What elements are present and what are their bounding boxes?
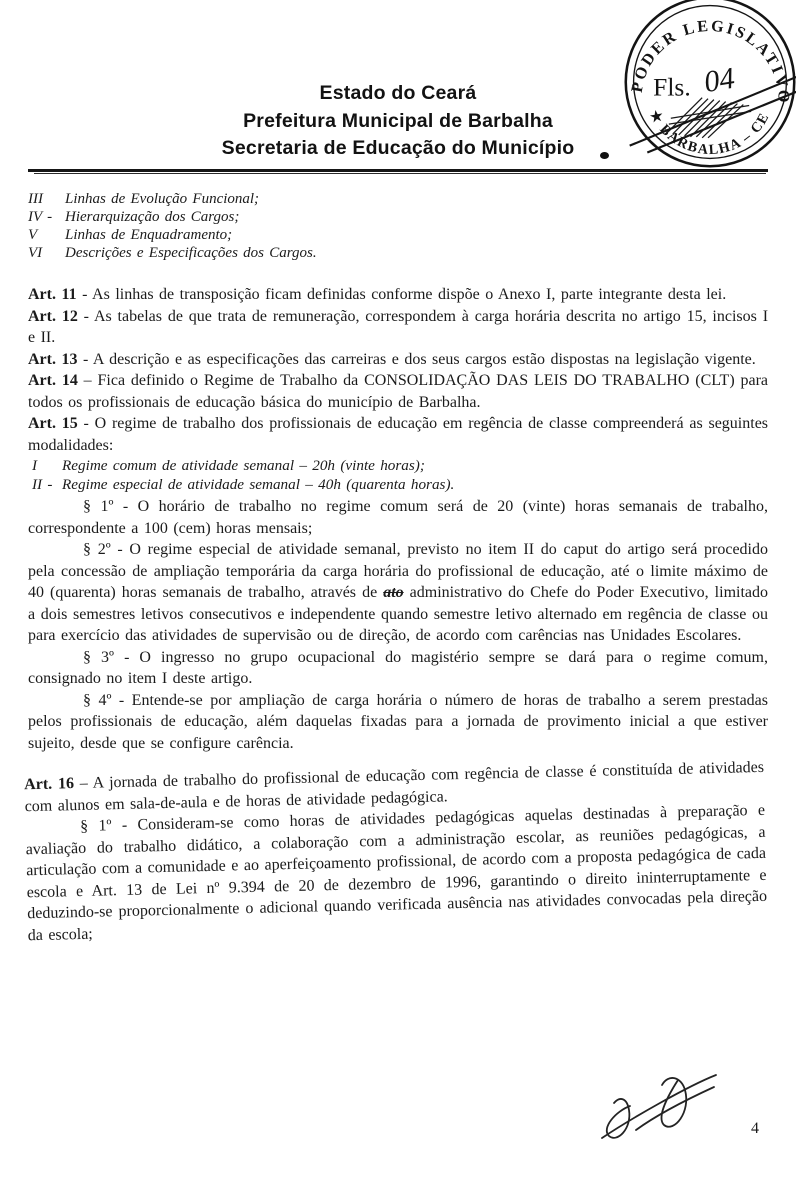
paragraph-1: § 1º - O horário de trabalho no regime c… <box>28 496 768 539</box>
list-item-text: Hierarquização dos Cargos; <box>65 209 239 225</box>
list-item: VLinhas de Enquadramento; <box>28 226 768 244</box>
paragraph-4-text: - Entende-se por ampliação de carga horá… <box>28 692 768 752</box>
article-12-text: - As tabelas de que trata de remuneração… <box>28 308 768 347</box>
article-16-paragraph-1-text: - Consideram-se como horas de atividades… <box>26 802 768 944</box>
article-16-paragraph-1: § 1º - Consideram-se como horas de ativi… <box>25 800 768 946</box>
article-11: Art. 11 - As linhas de transposição fica… <box>28 284 768 306</box>
article-11-label: Art. 11 <box>28 286 77 303</box>
signature-scribble <box>596 1068 722 1148</box>
paragraph-2-label: § 2º <box>83 541 111 558</box>
article-11-text: - As linhas de transposição ficam defini… <box>82 286 726 303</box>
paragraph-3-label: § 3º <box>83 649 114 666</box>
article-12-label: Art. 12 <box>28 308 78 325</box>
article-14-text: – Fica definido o Regime de Trabalho da … <box>28 372 768 411</box>
item-text: Regime comum de atividade semanal – 20h … <box>62 457 425 474</box>
stamp-hatch-scribble <box>667 98 751 138</box>
document-body: IIILinhas de Evolução Funcional; IV -Hie… <box>28 190 768 946</box>
article-13-text: - A descrição e as especificações das ca… <box>83 351 756 368</box>
paragraph-4-label: § 4º <box>83 692 111 709</box>
list-item: IV -Hierarquização dos Cargos; <box>28 208 768 226</box>
list-item: IIILinhas de Evolução Funcional; <box>28 190 768 208</box>
article-15-label: Art. 15 <box>28 415 78 432</box>
article-16-label: Art. 16 <box>24 775 74 793</box>
page-number: 4 <box>751 1120 759 1138</box>
paragraph-2: § 2º - O regime especial de atividade se… <box>28 539 768 647</box>
paragraph-3: § 3º - O ingresso no grupo ocupacional d… <box>28 647 768 690</box>
roman-numeral-list: IIILinhas de Evolução Funcional; IV -Hie… <box>28 190 768 262</box>
scanned-document-page: Estado do Ceará Prefeitura Municipal de … <box>0 0 796 1197</box>
paragraph-4: § 4º - Entende-se por ampliação de carga… <box>28 690 768 755</box>
stamp-fls-label: Fls. <box>653 73 691 102</box>
handwritten-correction: ato <box>383 584 403 601</box>
article-14-label: Art. 14 <box>28 372 78 389</box>
list-item-numeral: III <box>28 190 65 208</box>
article-12: Art. 12 - As tabelas de que trata de rem… <box>28 306 768 349</box>
stamp-fls-value-handwritten: 04 <box>702 61 737 99</box>
item-numeral: II - <box>28 475 62 494</box>
list-item: VIDescrições e Especificações dos Cargos… <box>28 244 768 262</box>
article-15-text: - O regime de trabalho dos profissionais… <box>28 415 768 454</box>
item-text: Regime especial de atividade semanal – 4… <box>62 476 454 493</box>
article-14: Art. 14 – Fica definido o Regime de Trab… <box>28 370 768 413</box>
paragraph-3-text: - O ingresso no grupo ocupacional do mag… <box>28 649 768 688</box>
list-item-text: Descrições e Especificações dos Cargos. <box>65 245 317 261</box>
paragraph-1-text: - O horário de trabalho no regime comum … <box>28 498 768 537</box>
regime-item-1: IRegime comum de atividade semanal – 20h… <box>28 456 768 475</box>
article-16-paragraph-1-label: § 1º <box>80 817 112 835</box>
regime-item-2: II -Regime especial de atividade semanal… <box>28 475 768 494</box>
list-item-numeral: V <box>28 226 65 244</box>
skewed-scan-block: Art. 16 – A jornada de trabalho do profi… <box>24 757 768 946</box>
list-item-text: Linhas de Evolução Funcional; <box>65 191 259 207</box>
legislative-stamp-icon: PODER LEGISLATIVO ★ BARBALHA – CE ★ Fls.… <box>612 0 796 178</box>
article-13: Art. 13 - A descrição e as especificaçõe… <box>28 349 768 371</box>
paragraph-1-label: § 1º <box>83 498 113 515</box>
article-13-label: Art. 13 <box>28 351 77 368</box>
item-numeral: I <box>28 456 62 475</box>
ink-dot <box>600 152 609 159</box>
article-15: Art. 15 - O regime de trabalho dos profi… <box>28 413 768 456</box>
list-item-numeral: IV - <box>28 208 65 226</box>
list-item-text: Linhas de Enquadramento; <box>65 227 232 243</box>
list-item-numeral: VI <box>28 244 65 262</box>
article-15-items: IRegime comum de atividade semanal – 20h… <box>28 456 768 494</box>
header-divider <box>28 169 768 172</box>
